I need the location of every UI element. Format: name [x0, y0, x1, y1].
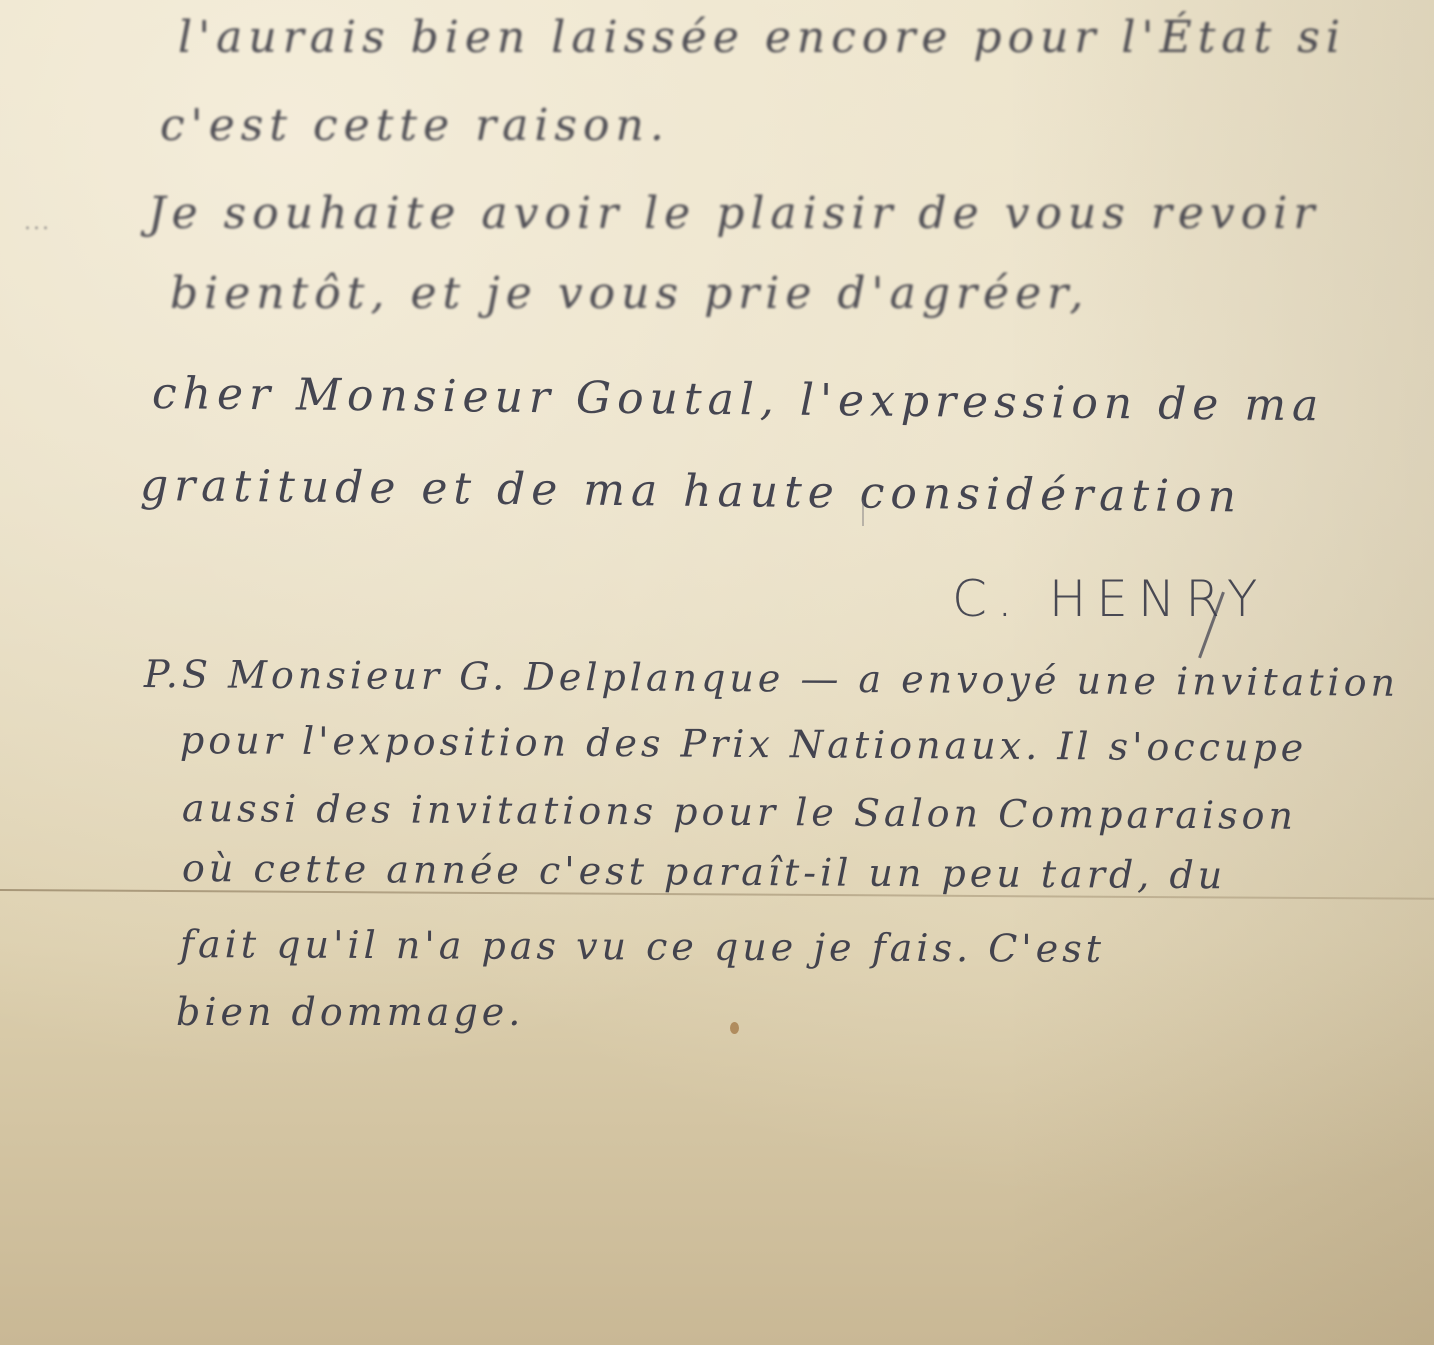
- postscript-line-3: aussi des invitations pour le Salon Comp…: [182, 786, 1297, 838]
- ink-stain: [730, 1022, 739, 1034]
- stray-pen-mark: [862, 500, 864, 526]
- postscript-line-5: fait qu'il n'a pas vu ce que je fais. C'…: [180, 922, 1105, 971]
- letter-line-4: bientôt, et je vous prie d'agréer,: [170, 268, 1089, 319]
- postscript-line-2: pour l'exposition des Prix Nationaux. Il…: [180, 718, 1308, 770]
- letter-line-1: l'aurais bien laissée encore pour l'État…: [178, 12, 1346, 63]
- letter-line-3: Je souhaite avoir le plaisir de vous rev…: [148, 188, 1320, 239]
- postscript-line-4: où cette année c'est paraît-il un peu ta…: [182, 846, 1227, 897]
- postscript-line-6: bien dommage.: [176, 990, 524, 1034]
- margin-mark: ...: [24, 210, 51, 235]
- postscript-line-1: P.S Monsieur G. Delplanque — a envoyé un…: [144, 652, 1399, 705]
- letter-line-2: c'est cette raison.: [160, 100, 670, 151]
